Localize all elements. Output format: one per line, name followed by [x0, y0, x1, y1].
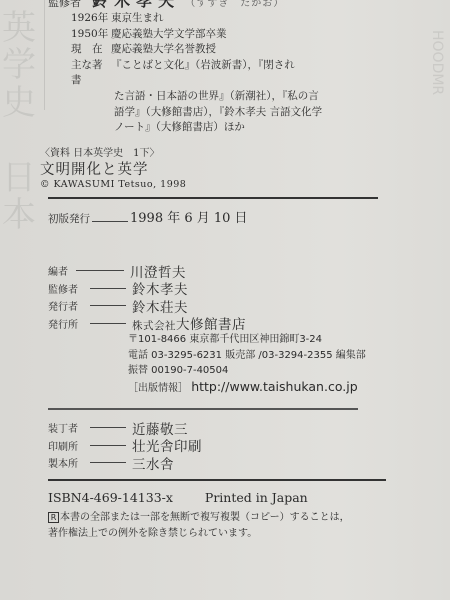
first-edition: 初版発行 1998 年 6 月 10 日 [48, 207, 248, 226]
series-name: 〈資料 日本英学史 1下〉 [40, 144, 160, 159]
phone: 電話 03-3295-6231 販売部 /03-3294-2355 編集部 [128, 348, 366, 364]
divider [48, 197, 378, 199]
credit-publisher: 発行所 株式会社大修館書店 [48, 315, 246, 333]
history-row: 現 在 慶応義塾大学名誉教授 [48, 42, 348, 58]
history-row: 1926年 東京生まれ [48, 11, 348, 27]
history-row: 1950年 慶応義塾大学文学部卒業 [48, 27, 348, 43]
book-title: 文明開化と英学 [40, 158, 149, 179]
credit-editor: 編者 川澄哲夫 [48, 262, 246, 280]
address: 〒101-8466 東京都千代田区神田錦町3-24 [128, 332, 366, 348]
publisher-info: 〒101-8466 東京都千代田区神田錦町3-24 電話 03-3295-623… [128, 332, 366, 396]
author-profile: 監修者 鈴木孝夫 （すずき たかお） 1926年 東京生まれ 1950年 慶応義… [48, 0, 348, 136]
show-through-text-left: 英学史日本 [2, 10, 42, 234]
credit-supervisor: 監修者 鈴木孝夫 [48, 280, 246, 298]
copyright: © KAWASUMI Tetsuo, 1998 [40, 179, 186, 190]
major-works: 主な著書 『ことばと文化』（岩波新書），『閉され た言語・日本語の世界』（新潮社… [48, 58, 348, 136]
divider [48, 479, 386, 481]
info-label: ［出版情報］ [128, 383, 188, 394]
box-edge [44, 0, 45, 110]
first-edition-date: 1998 年 6 月 10 日 [130, 207, 248, 226]
transfer-account: 振替 00190-7-40504 [128, 363, 366, 379]
publisher-url: http://www.taishukan.co.jp [191, 379, 357, 394]
isbn: ISBN4-469-14133-x [48, 490, 173, 505]
credits: 編者 川澄哲夫 監修者 鈴木孝夫 発行者 鈴木荘夫 発行所 株式会社大修館書店 [48, 262, 246, 332]
credit-designer: 装丁者 近藤敬三 [48, 419, 202, 437]
author-name: 鈴木孝夫 [92, 0, 180, 10]
author-reading: （すずき たかお） [185, 0, 284, 9]
credit-printer: 印刷所 壮光舎印刷 [48, 437, 202, 455]
author-role: 監修者 [48, 0, 81, 9]
isbn-line: ISBN4-469-14133-x Printed in Japan [48, 490, 308, 505]
credit-publisher-person: 発行者 鈴木荘夫 [48, 297, 246, 315]
r-mark-icon: R [48, 512, 59, 523]
printed-in: Printed in Japan [205, 490, 308, 505]
production-credits: 装丁者 近藤敬三 印刷所 壮光舎印刷 製本所 三水舎 [48, 419, 202, 472]
show-through-text-right: HOODMR [420, 30, 444, 95]
works-label: 主な著書 [71, 58, 111, 89]
first-edition-label: 初版発行 [48, 211, 90, 226]
divider [48, 408, 358, 410]
credit-binder: 製本所 三水舎 [48, 454, 202, 472]
leader-dash [92, 221, 128, 222]
copyright-notice: R本書の全部または一部を無断で複写複製（コピー）することは， 著作権法上での例外… [48, 510, 350, 542]
